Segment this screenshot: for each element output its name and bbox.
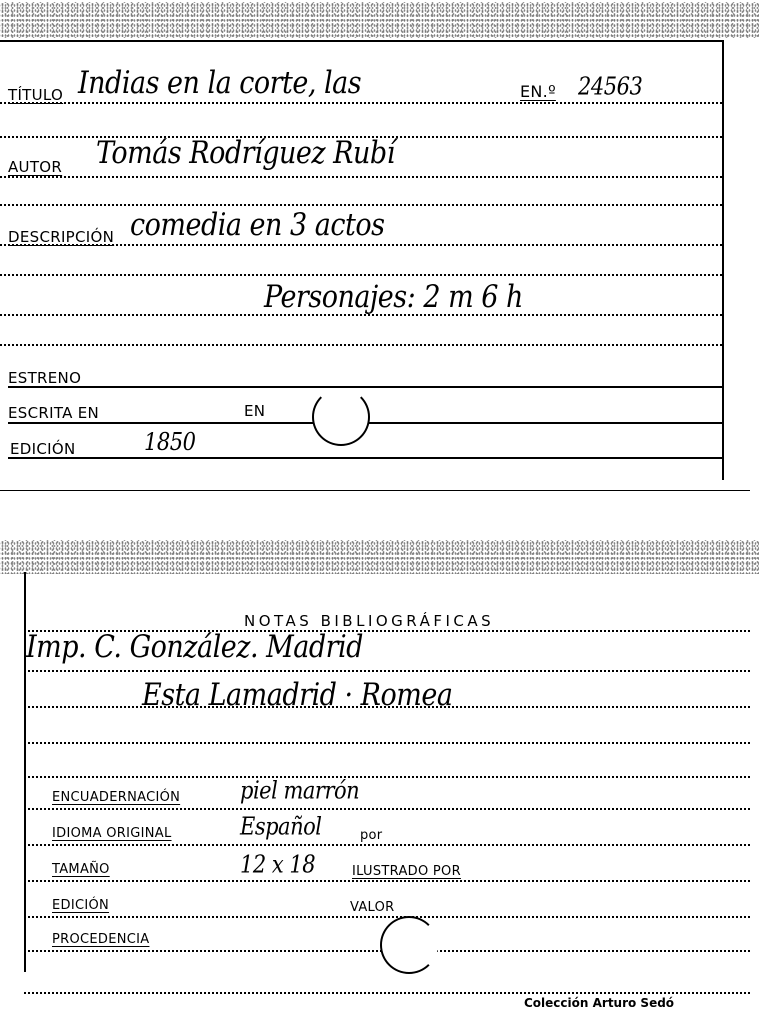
label-escrita-en-fecha: EN xyxy=(244,402,265,420)
rule xyxy=(0,102,722,104)
label-procedencia: PROCEDENCIA xyxy=(52,932,149,947)
rule xyxy=(24,916,750,918)
rule xyxy=(8,457,722,459)
rule xyxy=(8,386,722,388)
catalog-card-back: NOTAS BIBLIOGRÁFICAS Imp. C. González. M… xyxy=(0,572,759,1028)
rule xyxy=(24,776,750,778)
rule xyxy=(24,706,750,708)
label-valor: VALOR xyxy=(350,900,395,915)
rule xyxy=(0,274,722,276)
label-ilustrado-por: ILUSTRADO POR xyxy=(352,864,461,879)
label-tamano: TAMAÑO xyxy=(52,862,110,877)
rule xyxy=(0,314,722,316)
note-line-1: Imp. C. González. Madrid xyxy=(26,629,363,665)
punch-hole xyxy=(312,388,370,446)
value-idioma-original: Español xyxy=(240,812,321,840)
label-traducido-por: por xyxy=(360,828,382,843)
label-idioma-original: IDIOMA ORIGINAL xyxy=(52,826,172,841)
card-right-border xyxy=(722,40,724,480)
scan-edge-noise-top xyxy=(0,2,759,38)
label-edicion: EDICIÓN xyxy=(10,440,75,458)
value-personajes: Personajes: 2 m 6 h xyxy=(264,279,523,315)
rule xyxy=(24,880,750,882)
rule xyxy=(24,808,750,810)
rule xyxy=(0,244,722,246)
label-autor: AUTOR xyxy=(8,158,62,176)
collection-credit: Colección Arturo Sedó xyxy=(524,996,674,1010)
rule xyxy=(24,992,750,994)
card-top-border xyxy=(0,40,722,42)
label-edicion-back: EDICIÓN xyxy=(52,898,109,913)
value-encuadernacion: piel marrón xyxy=(240,776,359,804)
rule xyxy=(24,742,750,744)
value-edicion: 1850 xyxy=(144,428,195,456)
rule xyxy=(24,844,750,846)
rule xyxy=(0,176,722,178)
value-tamano: 12 x 18 xyxy=(240,850,315,878)
catalog-card-front: TÍTULO Indias en la corte, las EN.º 2456… xyxy=(0,36,759,491)
label-registro: EN.º xyxy=(520,82,556,101)
rule xyxy=(24,670,750,672)
scan-edge-noise-middle xyxy=(0,540,759,574)
label-encuadernacion: ENCUADERNACIÓN xyxy=(52,790,180,805)
rule xyxy=(0,204,722,206)
label-escrita-en: ESCRITA EN xyxy=(8,404,99,422)
value-descripcion: comedia en 3 actos xyxy=(130,207,384,243)
value-registro: 24563 xyxy=(578,72,642,100)
notas-heading: NOTAS BIBLIOGRÁFICAS xyxy=(244,612,494,630)
label-estreno: ESTRENO xyxy=(8,369,81,387)
card-bottom-edge xyxy=(0,490,750,491)
rule xyxy=(0,344,722,346)
punch-hole xyxy=(380,916,438,974)
value-autor: Tomás Rodríguez Rubí xyxy=(96,135,395,171)
value-titulo: Indias en la corte, las xyxy=(78,65,361,101)
